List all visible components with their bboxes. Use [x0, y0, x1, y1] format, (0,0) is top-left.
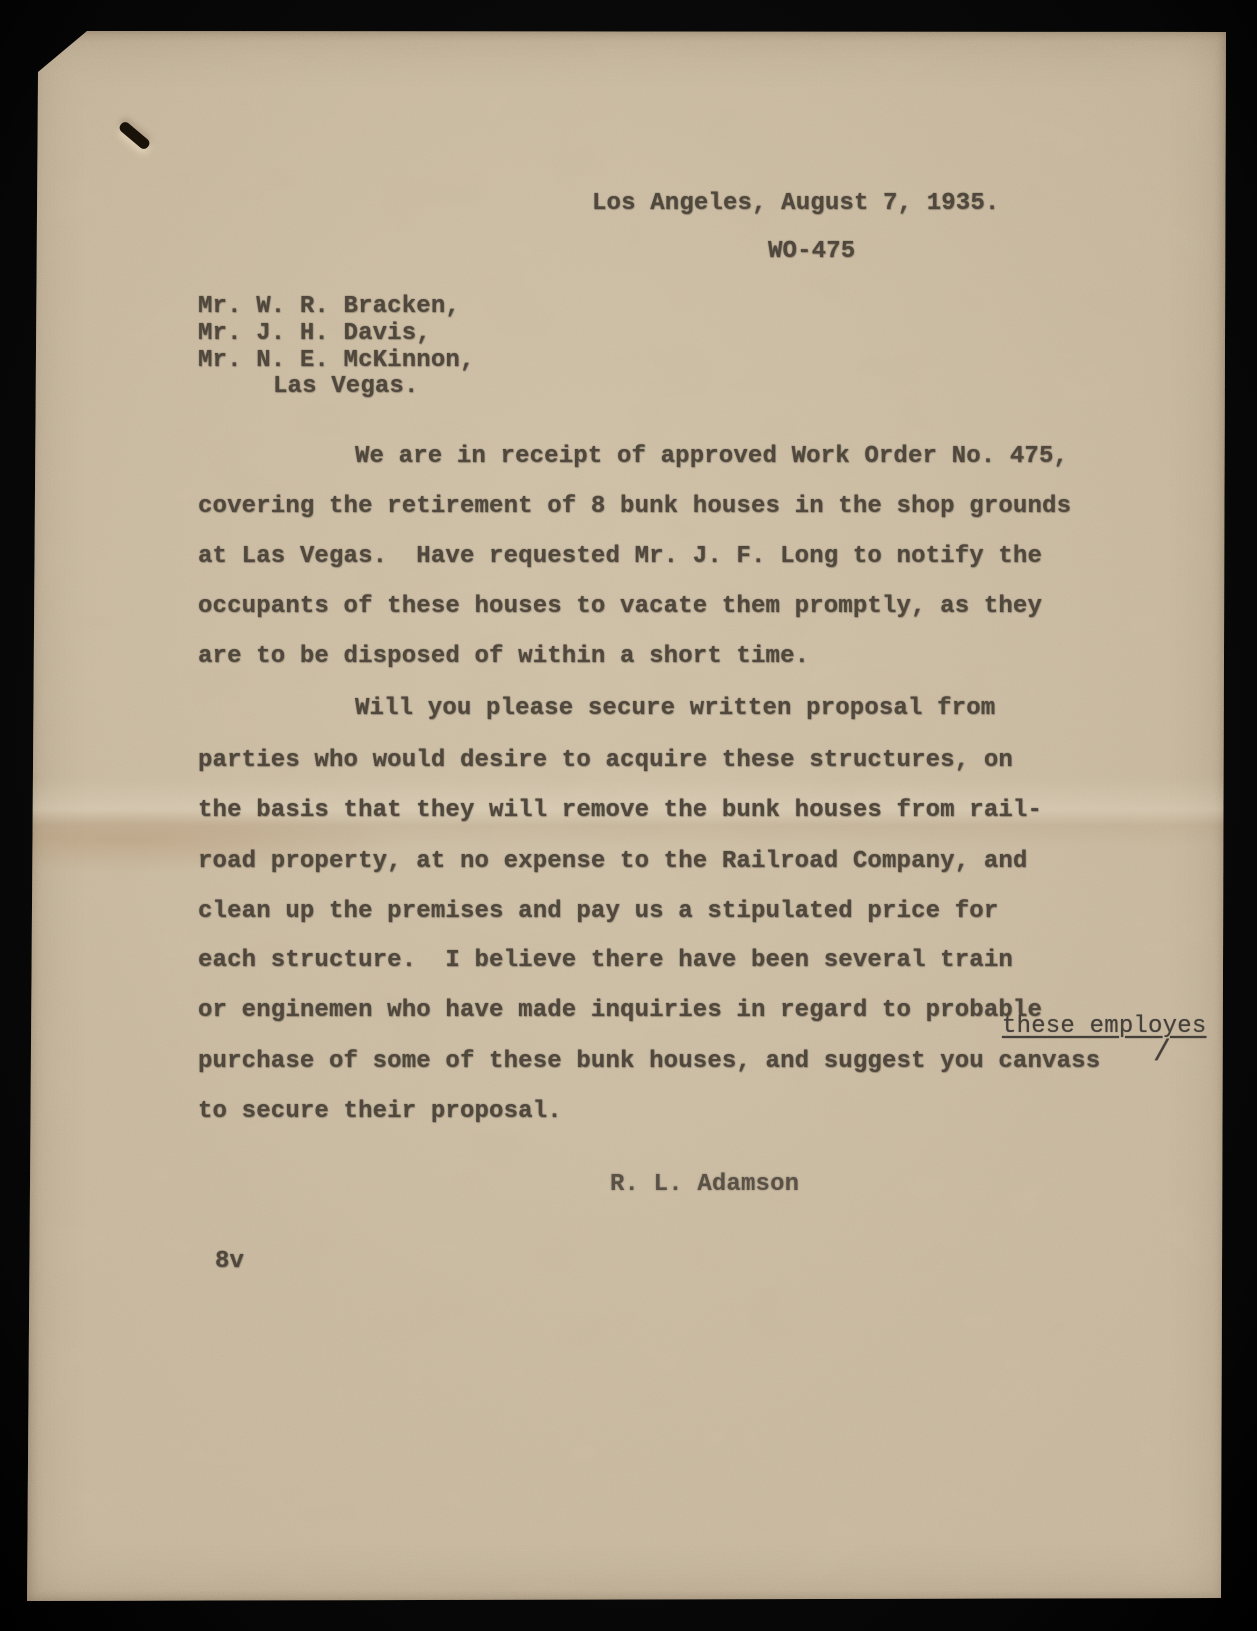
- punch-hole-slot: [118, 120, 152, 151]
- body-line: Will you please secure written proposal …: [198, 697, 995, 721]
- dateline: Los Angeles, August 7, 1935.: [592, 192, 999, 216]
- body-line: road property, at no expense to the Rail…: [198, 850, 1027, 874]
- body-line: We are in receipt of approved Work Order…: [198, 445, 1068, 469]
- recipient-line: Mr. W. R. Bracken,: [198, 295, 460, 319]
- body-line: to secure their proposal.: [198, 1100, 562, 1124]
- body-line: occupants of these houses to vacate them…: [198, 595, 1042, 619]
- typed-insertion-note: these employes: [1002, 1015, 1206, 1039]
- signature: R. L. Adamson: [610, 1173, 799, 1197]
- body-line: covering the retirement of 8 bunk houses…: [198, 495, 1071, 519]
- body-line: clean up the premises and pay us a stipu…: [198, 900, 998, 924]
- body-line: purchase of some of these bunk houses, a…: [198, 1050, 1100, 1074]
- body-line: the basis that they will remove the bunk…: [198, 799, 1042, 823]
- work-order-reference: WO-475: [768, 240, 855, 264]
- recipient-line: Mr. N. E. McKinnon,: [198, 349, 475, 373]
- typist-initials: 8v: [215, 1250, 244, 1274]
- body-line: are to be disposed of within a short tim…: [198, 645, 809, 669]
- recipient-line: Mr. J. H. Davis,: [198, 322, 431, 346]
- scanned-document: Los Angeles, August 7, 1935. WO-475 Mr. …: [0, 0, 1257, 1631]
- insertion-caret-mark: /: [1153, 1038, 1171, 1068]
- body-line: or enginemen who have made inquiries in …: [198, 999, 1042, 1023]
- body-line: at Las Vegas. Have requested Mr. J. F. L…: [198, 545, 1042, 569]
- body-line: each structure. I believe there have bee…: [198, 949, 1013, 973]
- body-line: parties who would desire to acquire thes…: [198, 749, 1013, 773]
- recipient-city: Las Vegas.: [273, 375, 419, 399]
